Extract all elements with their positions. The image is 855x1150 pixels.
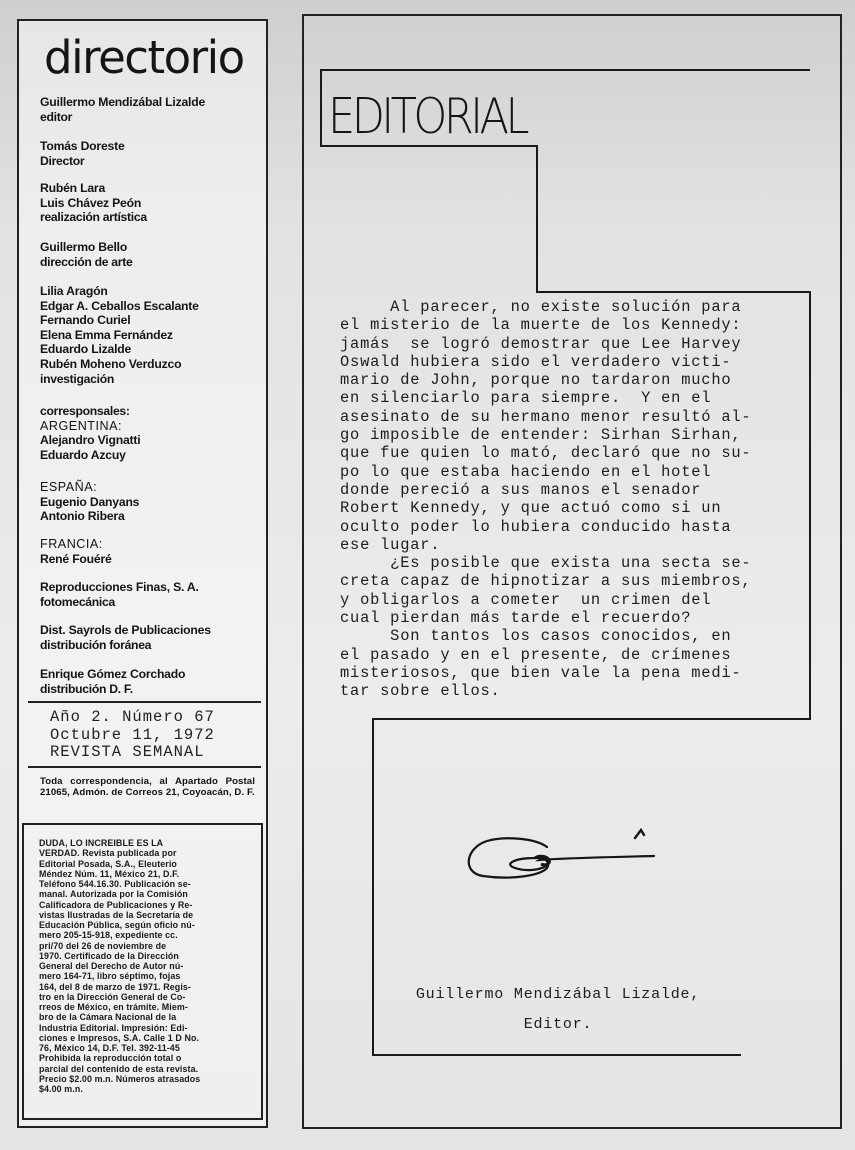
editorial-line: po lo que estaba haciendo en el hotel [340, 463, 810, 481]
legal-line: mero 164-71, libro séptimo, fojas [39, 971, 244, 981]
staff-name: Edgar A. Ceballos Escalante [40, 299, 265, 314]
issue-info: Año 2. Número 67 Octubre 11, 1972 REVIST… [50, 709, 215, 762]
legal-line: Industria Editorial. Impresión: Edi- [39, 1023, 244, 1033]
country-label: ESPAÑA: [40, 480, 265, 495]
correspondent-name: Eugenio Danyans [40, 495, 265, 510]
editorial-line: el pasado y en el presente, de crímenes [340, 646, 810, 664]
legal-line: ciones e Impresos, S.A. Calle 1 D No. [39, 1033, 244, 1043]
staff-art-direction: Guillermo Bello dirección de arte [40, 240, 265, 269]
staff-artistic: Rubén Lara Luis Chávez Peón realización … [40, 181, 265, 225]
service-role: distribución D. F. [40, 682, 265, 697]
legal-line: 164, del 8 de marzo de 1971. Regis- [39, 982, 244, 992]
editorial-line: ¿Es posible que exista una secta se- [340, 554, 810, 572]
legal-line: 76, México 14, D.F. Tel. 392-11-45 [39, 1043, 244, 1053]
service-distribution-foreign: Dist. Sayrols de Publicaciones distribuc… [40, 623, 265, 652]
staff-research: Lilia Aragón Edgar A. Ceballos Escalante… [40, 284, 265, 386]
signature-role: Editor. [373, 1016, 743, 1033]
header-frame-step [536, 145, 538, 293]
correspondents-france: FRANCIA: René Fouéré [40, 537, 265, 566]
staff-name: Tomás Doreste [40, 139, 265, 154]
service-name: Dist. Sayrols de Publicaciones [40, 623, 265, 638]
staff-director: Tomás Doreste Director [40, 139, 265, 168]
legal-line: 1970. Certificado de la Dirección [39, 951, 244, 961]
service-role: fotomecánica [40, 595, 265, 610]
staff-name: Luis Chávez Peón [40, 196, 265, 211]
signature-frame-bottom [372, 1054, 741, 1056]
issue-frequency: REVISTA SEMANAL [50, 744, 215, 762]
editorial-line: cual pierdan más tarde el recuerdo? [340, 609, 810, 627]
editorial-line: creta capaz de hipnotizar a sus miembros… [340, 572, 810, 590]
correspondent-name: Eduardo Azcuy [40, 448, 265, 463]
staff-name: Elena Emma Fernández [40, 328, 265, 343]
legal-line: Méndez Núm. 11, México 21, D.F. [39, 869, 244, 879]
header-frame-bottom [320, 145, 538, 147]
staff-name: Fernando Curiel [40, 313, 265, 328]
staff-name: Guillermo Mendizábal Lizalde [40, 95, 265, 110]
editorial-line: que fue quien lo mató, declaró que no su… [340, 444, 810, 462]
editorial-line: donde pereció a sus manos el senador [340, 481, 810, 499]
legal-line: Precio $2.00 m.n. Números atrasados [39, 1074, 244, 1084]
correspondent-name: Antonio Ribera [40, 509, 265, 524]
staff-role: realización artística [40, 210, 265, 225]
directory-title: directorio [44, 34, 244, 82]
country-label: ARGENTINA: [40, 419, 265, 434]
service-name: Enrique Gómez Corchado [40, 667, 265, 682]
legal-line: manal. Autorizada por la Comisión [39, 889, 244, 899]
issue-number: Año 2. Número 67 [50, 709, 215, 727]
staff-name: Lilia Aragón [40, 284, 265, 299]
legal-line: Calificadora de Publicaciones y Re- [39, 900, 244, 910]
header-rule [320, 69, 810, 71]
editorial-line: Al parecer, no existe solución para [340, 298, 810, 316]
legal-line: vistas Ilustradas de la Secretaría de [39, 910, 244, 920]
service-photomechanics: Reproducciones Finas, S. A. fotomecánica [40, 580, 265, 609]
editorial-line: Robert Kennedy, y que actuó como si un [340, 499, 810, 517]
service-name: Reproducciones Finas, S. A. [40, 580, 265, 595]
issue-date: Octubre 11, 1972 [50, 727, 215, 745]
correspondents-spain: ESPAÑA: Eugenio Danyans Antonio Ribera [40, 480, 265, 524]
legal-line: Educación Pública, según oficio nú- [39, 920, 244, 930]
editorial-line: y obligarlos a cometer un crimen del [340, 591, 810, 609]
header-frame-left [320, 69, 322, 147]
legal-line: rreos de México, en trámite. Miem- [39, 1002, 244, 1012]
legal-notice: DUDA, LO INCREIBLE ES LAVERDAD. Revista … [39, 838, 244, 1094]
editorial-body: Al parecer, no existe solución parael mi… [340, 298, 810, 701]
text-frame-top [536, 291, 811, 293]
legal-line: Teléfono 544.16.30. Publicación se- [39, 879, 244, 889]
staff-role: dirección de arte [40, 255, 265, 270]
editorial-line: tar sobre ellos. [340, 682, 810, 700]
legal-line: DUDA, LO INCREIBLE ES LA [39, 838, 244, 848]
staff-name: Rubén Lara [40, 181, 265, 196]
staff-name: Eduardo Lizalde [40, 342, 265, 357]
legal-line: mero 205-15-918, expediente cc. [39, 930, 244, 940]
editorial-line: go imposible de entender: Sirhan Sirhan, [340, 426, 810, 444]
signature-name: Guillermo Mendizábal Lizalde, [373, 986, 743, 1003]
staff-role: editor [40, 110, 265, 125]
editorial-line: asesinato de su hermano menor resultó al… [340, 408, 810, 426]
postal-address: Toda correspondencia, al Apartado Postal… [40, 776, 255, 799]
editorial-line: el misterio de la muerte de los Kennedy: [340, 316, 810, 334]
text-frame-bottom [373, 718, 811, 720]
staff-editor: Guillermo Mendizábal Lizalde editor [40, 95, 265, 124]
signature-frame-left [372, 718, 374, 1056]
legal-line: parcial del contenido de esta revista. [39, 1064, 244, 1074]
staff-role: investigación [40, 372, 265, 387]
legal-line: $4.00 m.n. [39, 1084, 244, 1094]
legal-line: Prohibida la reproducción total o [39, 1053, 244, 1063]
staff-role: Director [40, 154, 265, 169]
correspondent-name: Alejandro Vignatti [40, 433, 265, 448]
editorial-line: misteriosos, que bien vale la pena medi- [340, 664, 810, 682]
editorial-line: jamás se logró demostrar que Lee Harvey [340, 335, 810, 353]
legal-line: pri/70 del 26 de noviembre de [39, 941, 244, 951]
legal-line: tro en la Dirección General de Co- [39, 992, 244, 1002]
divider [28, 701, 261, 703]
editorial-title: EDITORIAL [328, 92, 526, 142]
divider [28, 766, 261, 768]
legal-line: VERDAD. Revista publicada por [39, 848, 244, 858]
correspondents-label: corresponsales: [40, 404, 265, 419]
handwritten-signature-icon [465, 828, 725, 908]
legal-line: Editorial Posada, S.A., Eleuterio [39, 859, 244, 869]
country-label: FRANCIA: [40, 537, 265, 552]
staff-name: Guillermo Bello [40, 240, 265, 255]
correspondent-name: René Fouéré [40, 552, 265, 567]
service-role: distribución foránea [40, 638, 265, 653]
editorial-line: Oswald hubiera sido el verdadero victi- [340, 353, 810, 371]
editorial-line: ese lugar. [340, 536, 810, 554]
legal-line: General del Derecho de Autor nú- [39, 961, 244, 971]
staff-name: Rubén Moheno Verduzco [40, 357, 265, 372]
legal-line: bro de la Cámara Nacional de la [39, 1012, 244, 1022]
editorial-line: oculto poder lo hubiera conducido hasta [340, 518, 810, 536]
editorial-line: Son tantos los casos conocidos, en [340, 627, 810, 645]
editorial-line: en silenciarlo para siempre. Y en el [340, 389, 810, 407]
editorial-line: mario de John, porque no tardaron mucho [340, 371, 810, 389]
service-distribution-df: Enrique Gómez Corchado distribución D. F… [40, 667, 265, 696]
correspondents: corresponsales: ARGENTINA: Alejandro Vig… [40, 404, 265, 462]
